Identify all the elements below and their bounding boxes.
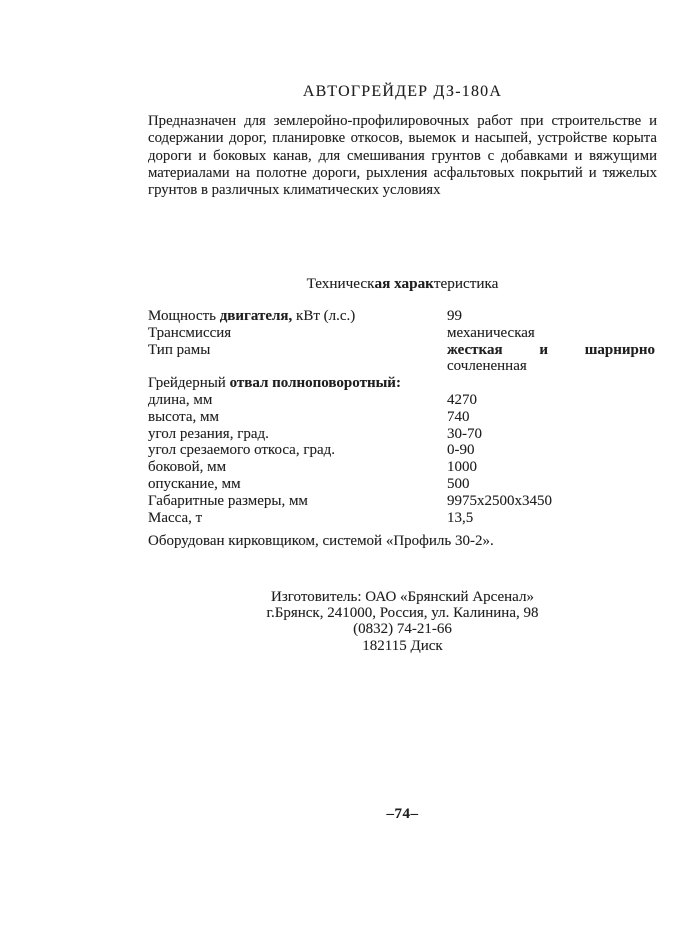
section-heading-part: теристика <box>434 275 499 292</box>
spec-value: механическая <box>447 325 535 342</box>
scanned-page: АВТОГРЕЙДЕР ДЗ-180А Предназначен для зем… <box>0 0 700 939</box>
spec-row: угол срезаемого откоса, град. 0-90 <box>148 442 657 459</box>
spec-value: 30-70 <box>447 426 482 443</box>
spec-row: Габаритные размеры, мм 9975х2500х3450 <box>148 493 657 510</box>
description-line: Предназначен для землеройно-профилировоч… <box>148 113 657 130</box>
phone-line: (0832) 74-21-66 <box>148 621 657 637</box>
spec-label: опускание, мм <box>148 476 241 492</box>
spec-row: Мощность двигателя, кВт (л.с.) 99 <box>148 308 657 325</box>
spec-label: Тип рамы <box>148 342 210 358</box>
spec-table: Мощность двигателя, кВт (л.с.) 99 Трансм… <box>148 308 657 526</box>
code-line: 182115 Диск <box>148 638 657 654</box>
page-number: –74– <box>148 806 657 823</box>
spec-row: Масса, т 13,5 <box>148 510 657 527</box>
section-heading-part: ая харак <box>375 275 434 292</box>
address-line: г.Брянск, 241000, Россия, ул. Калинина, … <box>148 605 657 621</box>
spec-value: 1000 <box>447 459 477 476</box>
spec-label: боковой, мм <box>148 459 226 475</box>
description-line: дороги и боковых канав, для смешивания г… <box>148 148 657 165</box>
spec-row: угол резания, град. 30-70 <box>148 426 657 443</box>
spec-value: 0-90 <box>447 442 475 459</box>
manufacturer-line: Изготовитель: ОАО «Брянский Арсенал» <box>148 589 657 605</box>
spec-value: 740 <box>447 409 470 426</box>
section-heading-part: Техническ <box>307 275 375 292</box>
document-title: АВТОГРЕЙДЕР ДЗ-180А <box>148 83 657 101</box>
spec-value: сочлененная <box>447 358 527 375</box>
spec-label: Масса, т <box>148 510 202 526</box>
spec-row: Трансмиссия механическая <box>148 325 657 342</box>
equipment-note: Оборудован кирковщиком, системой «Профил… <box>148 533 657 550</box>
section-heading: Техническая характеристика <box>148 275 657 293</box>
spec-value: жесткая и шарнирно <box>447 342 655 359</box>
spec-row: длина, мм 4270 <box>148 392 657 409</box>
spec-value: 9975х2500х3450 <box>447 493 552 510</box>
spec-row: опускание, мм 500 <box>148 476 657 493</box>
description-line: содержании дорог, планировке откосов, вы… <box>148 130 657 147</box>
spec-label: угол резания, град. <box>148 426 269 442</box>
spec-row: Тип рамы жесткая и шарнирно <box>148 342 657 359</box>
spec-value: 13,5 <box>447 510 473 527</box>
spec-label: Габаритные размеры, мм <box>148 493 308 509</box>
spec-row: высота, мм 740 <box>148 409 657 426</box>
description-paragraph: Предназначен для землеройно-профилировоч… <box>148 113 657 199</box>
spec-label: Мощность двигателя, кВт (л.с.) <box>148 308 355 324</box>
spec-group-header: Грейдерный отвал полноповоротный: <box>148 375 657 392</box>
spec-label: угол срезаемого откоса, град. <box>148 442 335 458</box>
description-line: материалами на полотне дороги, рыхления … <box>148 165 657 182</box>
spec-row: сочлененная <box>148 358 657 375</box>
manufacturer-block: Изготовитель: ОАО «Брянский Арсенал» г.Б… <box>148 589 657 654</box>
spec-value: 4270 <box>447 392 477 409</box>
spec-label: длина, мм <box>148 392 212 408</box>
description-line: грунтов в различных климатических услови… <box>148 182 657 199</box>
spec-row: боковой, мм 1000 <box>148 459 657 476</box>
spec-label: высота, мм <box>148 409 219 425</box>
spec-label: Трансмиссия <box>148 325 231 341</box>
spec-value: 500 <box>447 476 470 493</box>
spec-value: 99 <box>447 308 462 325</box>
